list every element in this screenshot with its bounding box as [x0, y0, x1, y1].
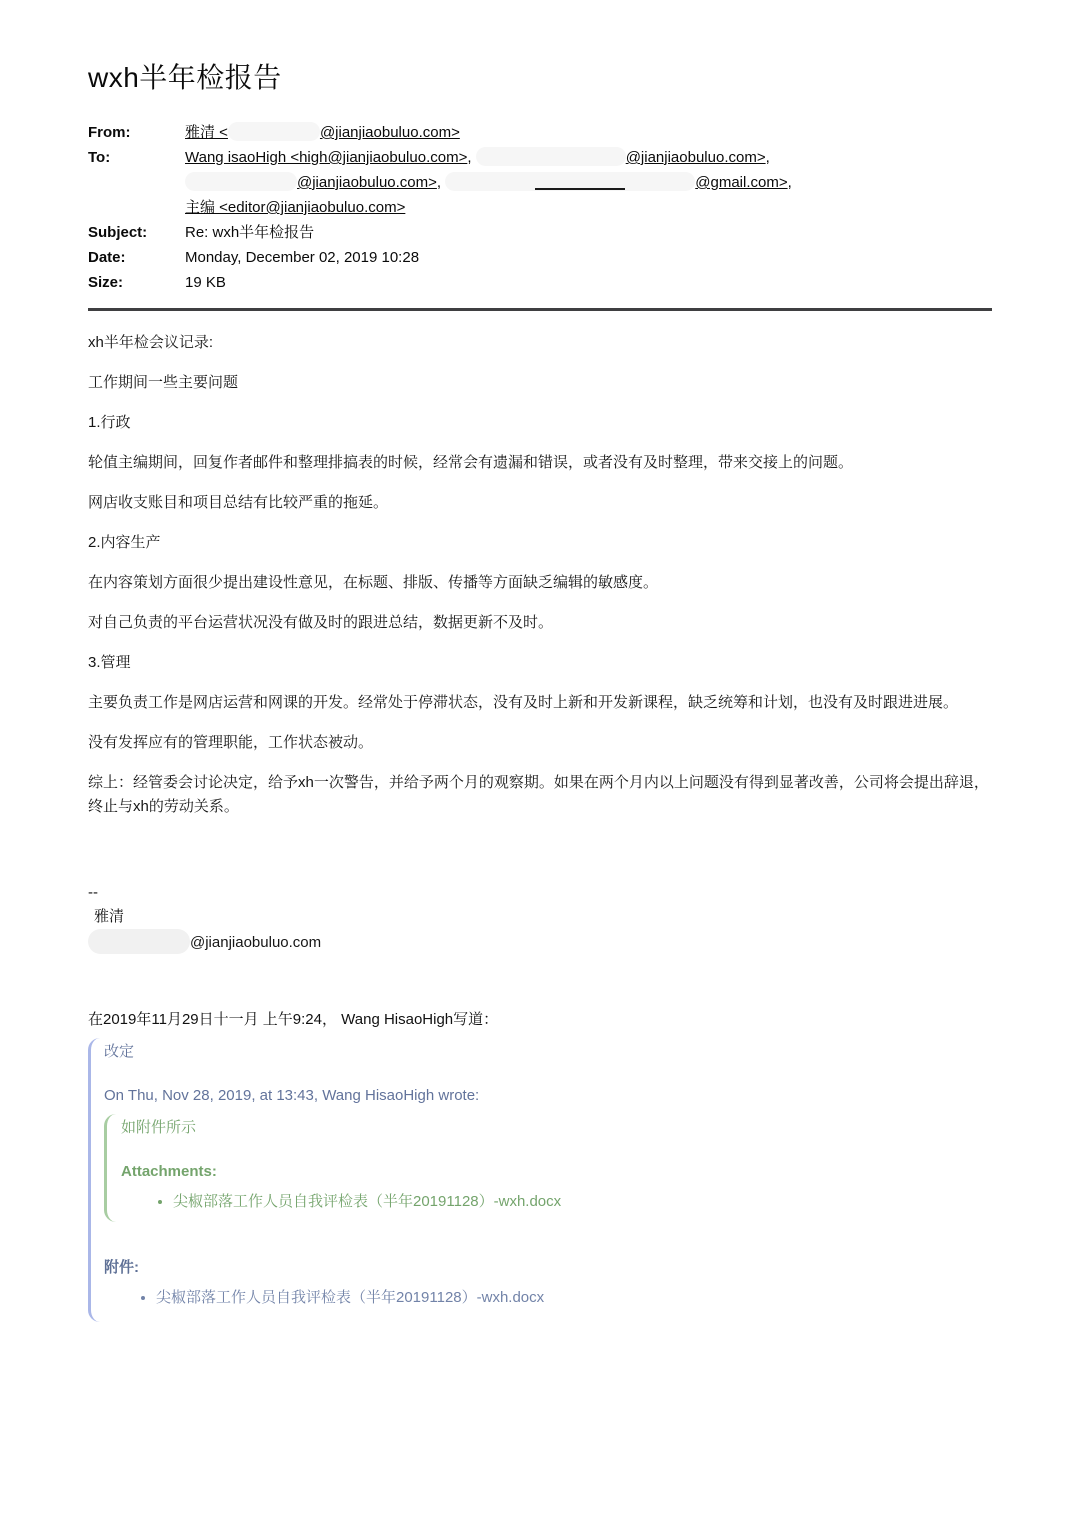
body-paragraph: 综上：经管委会讨论决定，给予xh一次警告，并给予两个月的观察期。如果在两个月内以… — [88, 771, 992, 819]
email-document: wxh半年检报告 From: 雅清 <@jianjiaobuluo.com> T… — [0, 0, 1080, 1527]
date-value: Monday, December 02, 2019 10:28 — [185, 245, 992, 270]
attachment-item: 尖椒部落工作人员自我评检表（半年20191128）-wxh.docx — [173, 1190, 992, 1214]
quoted-reply-intro: 在2019年11月29日十一月 上午9:24， Wang HisaoHigh写道… — [88, 1008, 992, 1032]
size-label: Size: — [88, 270, 185, 295]
from-label: From: — [88, 120, 185, 145]
to-label: To: — [88, 145, 185, 170]
email-signature: -- 雅清 @jianjiaobuluo.com — [88, 881, 992, 956]
from-value: 雅清 <@jianjiaobuluo.com> — [185, 120, 992, 145]
redacted-email — [228, 122, 320, 141]
attachment-link[interactable]: 尖椒部落工作人员自我评检表（半年20191128）-wxh.docx — [156, 1289, 544, 1306]
to-email-link-3[interactable]: @jianjiaobuluo.com> — [297, 174, 437, 191]
to-value: Wang isaoHigh <high@jianjiaobuluo.com>, … — [185, 145, 992, 220]
body-paragraph: 主要负责工作是网店运营和网课的开发。经常处于停滞状态，没有及时上新和开发新课程，… — [88, 691, 992, 715]
to-line-2: @jianjiaobuluo.com>, @gmail.com>, — [185, 170, 992, 195]
redacted-email — [476, 147, 626, 166]
attachment-list: 尖椒部落工作人员自我评检表（半年20191128）-wxh.docx — [104, 1286, 992, 1310]
attachment-list: 尖椒部落工作人员自我评检表（半年20191128）-wxh.docx — [121, 1190, 992, 1214]
quote1-text: 改定 — [104, 1040, 992, 1064]
body-paragraph: xh半年检会议记录: — [88, 331, 992, 355]
redacted-email — [88, 929, 190, 954]
date-label: Date: — [88, 245, 185, 270]
header-row-size: Size: 19 KB — [88, 270, 992, 295]
quote-level-1: 改定 On Thu, Nov 28, 2019, at 13:43, Wang … — [88, 1038, 992, 1322]
signature-delimiter: -- — [88, 881, 992, 905]
body-paragraph: 工作期间一些主要问题 — [88, 371, 992, 395]
subject-value: Re: wxh半年检报告 — [185, 220, 992, 245]
attachment-item: 尖椒部落工作人员自我评检表（半年20191128）-wxh.docx — [156, 1286, 992, 1310]
quote2-text: 如附件所示 — [121, 1116, 992, 1140]
to-email-link-5[interactable]: 主编 <editor@jianjiaobuluo.com> — [185, 199, 405, 216]
attachments-label-en: Attachments: — [121, 1160, 992, 1184]
from-email-link[interactable]: 雅清 <@jianjiaobuluo.com> — [185, 124, 460, 141]
header-row-date: Date: Monday, December 02, 2019 10:28 — [88, 245, 992, 270]
email-title: wxh半年检报告 — [88, 56, 992, 96]
body-paragraph: 3.管理 — [88, 651, 992, 675]
quote-level-2: 如附件所示 Attachments: 尖椒部落工作人员自我评检表（半年20191… — [104, 1114, 992, 1222]
attachments-label-cn: 附件: — [104, 1256, 992, 1280]
signature-name: 雅清 — [88, 905, 992, 929]
header-divider — [88, 308, 992, 311]
subject-label: Subject: — [88, 220, 185, 245]
body-paragraph: 轮值主编期间，回复作者邮件和整理排搞表的时候，经常会有遗漏和错误，或者没有及时整… — [88, 451, 992, 475]
redacted-email — [445, 172, 695, 191]
to-line-1: Wang isaoHigh <high@jianjiaobuluo.com>, … — [185, 145, 992, 170]
quote1-attribution: On Thu, Nov 28, 2019, at 13:43, Wang His… — [104, 1084, 992, 1108]
body-paragraph: 1.行政 — [88, 411, 992, 435]
attachment-link[interactable]: 尖椒部落工作人员自我评检表（半年20191128）-wxh.docx — [173, 1193, 561, 1210]
header-row-subject: Subject: Re: wxh半年检报告 — [88, 220, 992, 245]
to-email-link-4[interactable]: @gmail.com> — [695, 174, 787, 191]
signature-email: @jianjiaobuluo.com — [88, 929, 992, 956]
redacted-email — [185, 172, 297, 191]
to-email-link-2[interactable]: @jianjiaobuluo.com> — [626, 149, 766, 166]
to-email-link-1[interactable]: Wang isaoHigh <high@jianjiaobuluo.com> — [185, 149, 467, 166]
body-paragraph: 在内容策划方面很少提出建设性意见，在标题、排版、传播等方面缺乏编辑的敏感度。 — [88, 571, 992, 595]
size-value: 19 KB — [185, 270, 992, 295]
email-header-table: From: 雅清 <@jianjiaobuluo.com> To: Wang i… — [88, 120, 992, 295]
body-paragraph: 对自己负责的平台运营状况没有做及时的跟进总结，数据更新不及时。 — [88, 611, 992, 635]
header-row-to: To: Wang isaoHigh <high@jianjiaobuluo.co… — [88, 145, 992, 220]
body-paragraph: 2.内容生产 — [88, 531, 992, 555]
body-paragraph: 网店收支账目和项目总结有比较严重的拖延。 — [88, 491, 992, 515]
email-body: xh半年检会议记录: 工作期间一些主要问题 1.行政 轮值主编期间，回复作者邮件… — [88, 331, 992, 819]
header-row-from: From: 雅清 <@jianjiaobuluo.com> — [88, 120, 992, 145]
body-paragraph: 没有发挥应有的管理职能，工作状态被动。 — [88, 731, 992, 755]
to-line-3: 主编 <editor@jianjiaobuluo.com> — [185, 195, 992, 220]
